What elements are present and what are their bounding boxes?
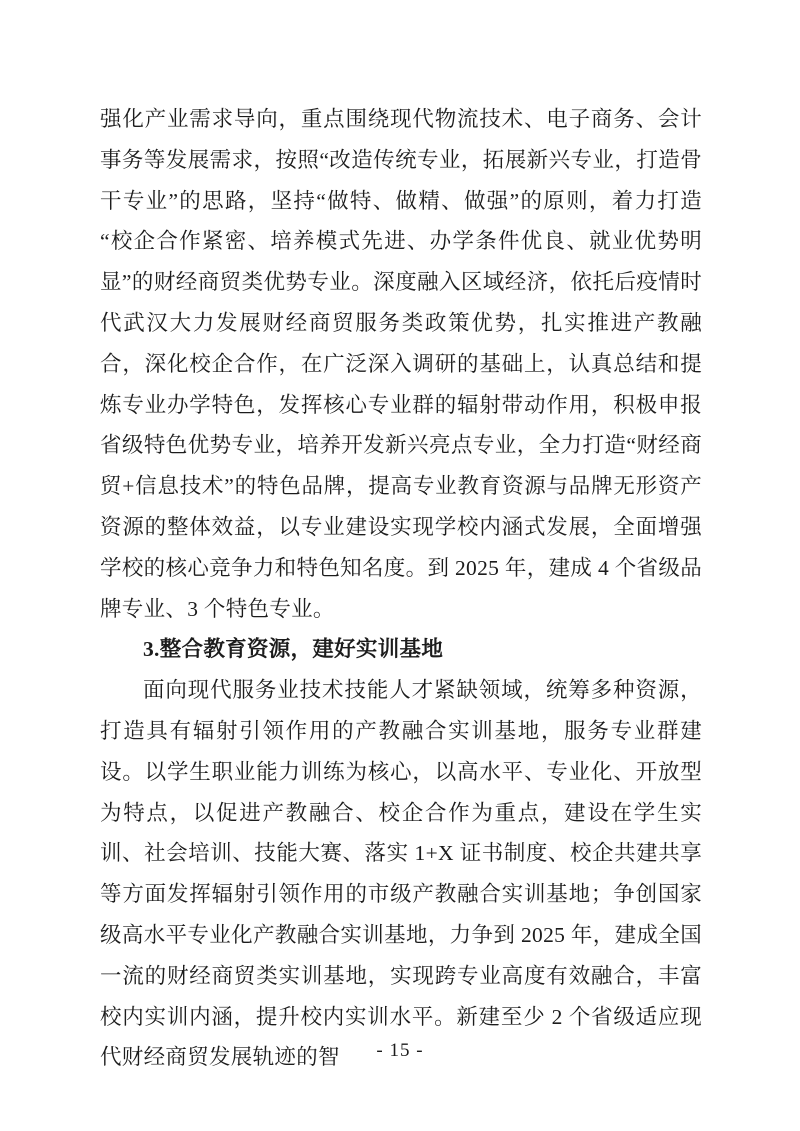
paragraph-continuation: 强化产业需求导向，重点围绕现代物流技术、电子商务、会计事务等发展需求，按照“改造… [100, 99, 702, 629]
page-number: - 15 - [0, 1039, 800, 1063]
paragraph-body: 面向现代服务业技术技能人才紧缺领域，统筹多种资源，打造具有辐射引领作用的产教融合… [100, 670, 702, 1078]
document-body: 强化产业需求导向，重点围绕现代物流技术、电子商务、会计事务等发展需求，按照“改造… [100, 99, 702, 1078]
document-page: 强化产业需求导向，重点围绕现代物流技术、电子商务、会计事务等发展需求，按照“改造… [0, 0, 800, 1131]
section-heading: 3.整合教育资源，建好实训基地 [100, 629, 702, 670]
